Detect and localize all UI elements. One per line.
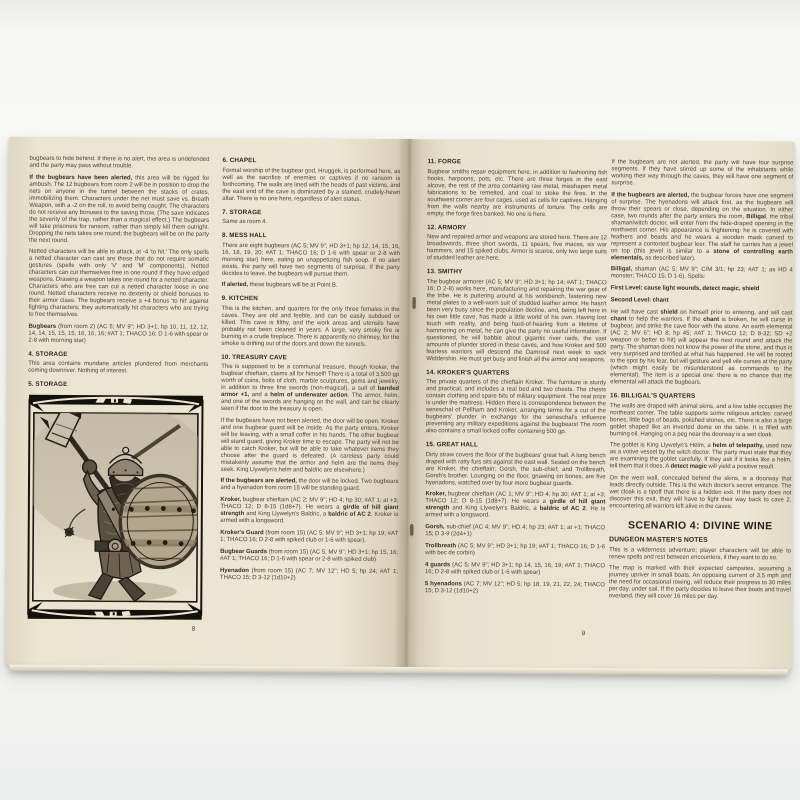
stat-block: Kroker's Guard (from room 15) (AC 5; MV …	[220, 529, 398, 544]
page-9: 11. FORGEBugbear smiths repair equipment…	[401, 139, 794, 670]
paragraph: bugbears to hide behind. If there is no …	[29, 156, 209, 171]
scenario-heading: SCENARIO 4: DIVINE WINE	[609, 519, 791, 532]
stat-block: Trollbreath (AC 5; MV 9"; HD 3+1; hp 19;…	[425, 543, 605, 558]
paragraph: Bugbear smiths repair equipment here, in…	[427, 169, 607, 219]
paragraph: Netted characters will be able to attack…	[29, 249, 209, 320]
paragraph: He will have cast shield on himself prio…	[610, 309, 792, 387]
paragraph: Dirty straw covers the floor of the bugb…	[425, 452, 605, 488]
dm-notes-heading: DUNGEON MASTER'S NOTES	[609, 536, 791, 544]
section-heading: 15. GREAT HALL	[426, 441, 606, 449]
paragraph: The walls are draped with animal skins, …	[610, 403, 792, 439]
section-heading: 12. ARMORY	[427, 224, 607, 232]
paragraph: The private quarters of the chieftain Kr…	[426, 379, 606, 436]
section-heading: 7. STORAGE	[222, 208, 400, 216]
stat-block: 5 hyenadons (AC 7; MV 12"; HD 5; hp 18, …	[425, 581, 605, 596]
paragraph: This is a wilderness adventure; player c…	[609, 547, 791, 562]
paragraph: This area contains mundane articles plun…	[28, 361, 208, 376]
paragraph: If the bugbears are alerted, the door wi…	[220, 478, 398, 493]
stat-block: Kroker, bugbear chieftain (AC 2; MV 9"; …	[220, 496, 398, 525]
paragraph: Formal worship of the bugbear god, Hrugg…	[222, 167, 400, 203]
stat-block: Kroker, bugbear chieftain (AC 1; MV 9"; …	[425, 491, 605, 520]
paragraph: The bugbear armorer (AC 5; MV 9"; HD 3+1…	[426, 279, 607, 364]
page8-column-2: 6. CHAPELFormal worship of the bugbear g…	[220, 157, 401, 646]
paragraph: There are eight bugbears (AC 5; MV 9"; H…	[222, 242, 400, 278]
section-heading: 6. CHAPEL	[222, 157, 400, 165]
stat-block: Billigal, shaman (AC 5; MV 9"; C/M 3/1; …	[611, 266, 793, 281]
stat-block: Gorsh, sub-chief (AC 4; MV 9"; HD 4; hp …	[425, 524, 605, 539]
stat-block: Bugbears (from room 2) (AC 5; MV 9"; HD …	[28, 323, 208, 345]
page-number-8: 8	[192, 626, 196, 633]
page9-column-2: If the bugbears are not alerted, the par…	[608, 159, 793, 652]
paragraph: If the bugbears have not been alerted, t…	[221, 417, 399, 474]
section-heading: 13. SMITHY	[427, 268, 607, 276]
paragraph: Same as room 4.	[222, 219, 400, 227]
paragraph: The goblet is King Llywelyn's Helm, a he…	[610, 442, 792, 471]
paragraph: If the bugbears are not alerted, the par…	[611, 159, 793, 188]
paragraph: New and repaired armor and weapons are s…	[427, 234, 607, 263]
section-heading: 8. MESS HALL	[222, 232, 400, 240]
section-heading: 16. BILLIGAL'S QUARTERS	[610, 392, 792, 400]
stat-block: Hyenadon (from room 15) (AC 7; MV 12"; H…	[220, 567, 398, 582]
section-heading: 10. TREASURY CAVE	[221, 353, 399, 361]
paragraph: This is the kitchen, and quarters for th…	[221, 305, 399, 348]
section-heading: 11. FORGE	[427, 158, 607, 166]
spell-list-line: First Level: cause light wounds, detect …	[611, 285, 793, 293]
section-heading: 5. STORAGE	[28, 381, 208, 389]
paragraph: If the bugbears have been alerted, this …	[29, 174, 209, 245]
stat-block: Bugbear Guards (from room 15) (AC 5; MV …	[220, 548, 398, 563]
paragraph: If the bugbears are alerted, the bugbear…	[611, 192, 793, 263]
page9-column-1: 11. FORGEBugbear smiths repair equipment…	[425, 158, 608, 647]
page-number-9: 9	[582, 630, 586, 637]
page-8: bugbears to hide behind. If there is no …	[5, 137, 404, 668]
section-heading: 14. KROKER'S QUARTERS	[426, 369, 606, 377]
magazine-spread: bugbears to hide behind. If there is no …	[5, 137, 794, 671]
paragraph: This is supposed to be a communal treasu…	[221, 364, 399, 414]
section-heading: 4. STORAGE	[28, 350, 208, 358]
paragraph: The map is marked with their expected ca…	[609, 565, 791, 601]
paragraph: If alerted, these bugbears will be at Po…	[222, 282, 400, 290]
paragraph: On the west wall, concealed behind the s…	[609, 475, 791, 511]
spell-list-line: Second Level: chant	[611, 297, 793, 305]
section-heading: 9. KITCHEN	[222, 295, 400, 303]
bugbear-warrior-illustration	[27, 393, 204, 622]
page8-column-1: bugbears to hide behind. If there is no …	[28, 156, 209, 391]
stat-block: 4 guards (AC 5; MV 9"; HD 3+1; hp 14, 15…	[425, 562, 605, 577]
